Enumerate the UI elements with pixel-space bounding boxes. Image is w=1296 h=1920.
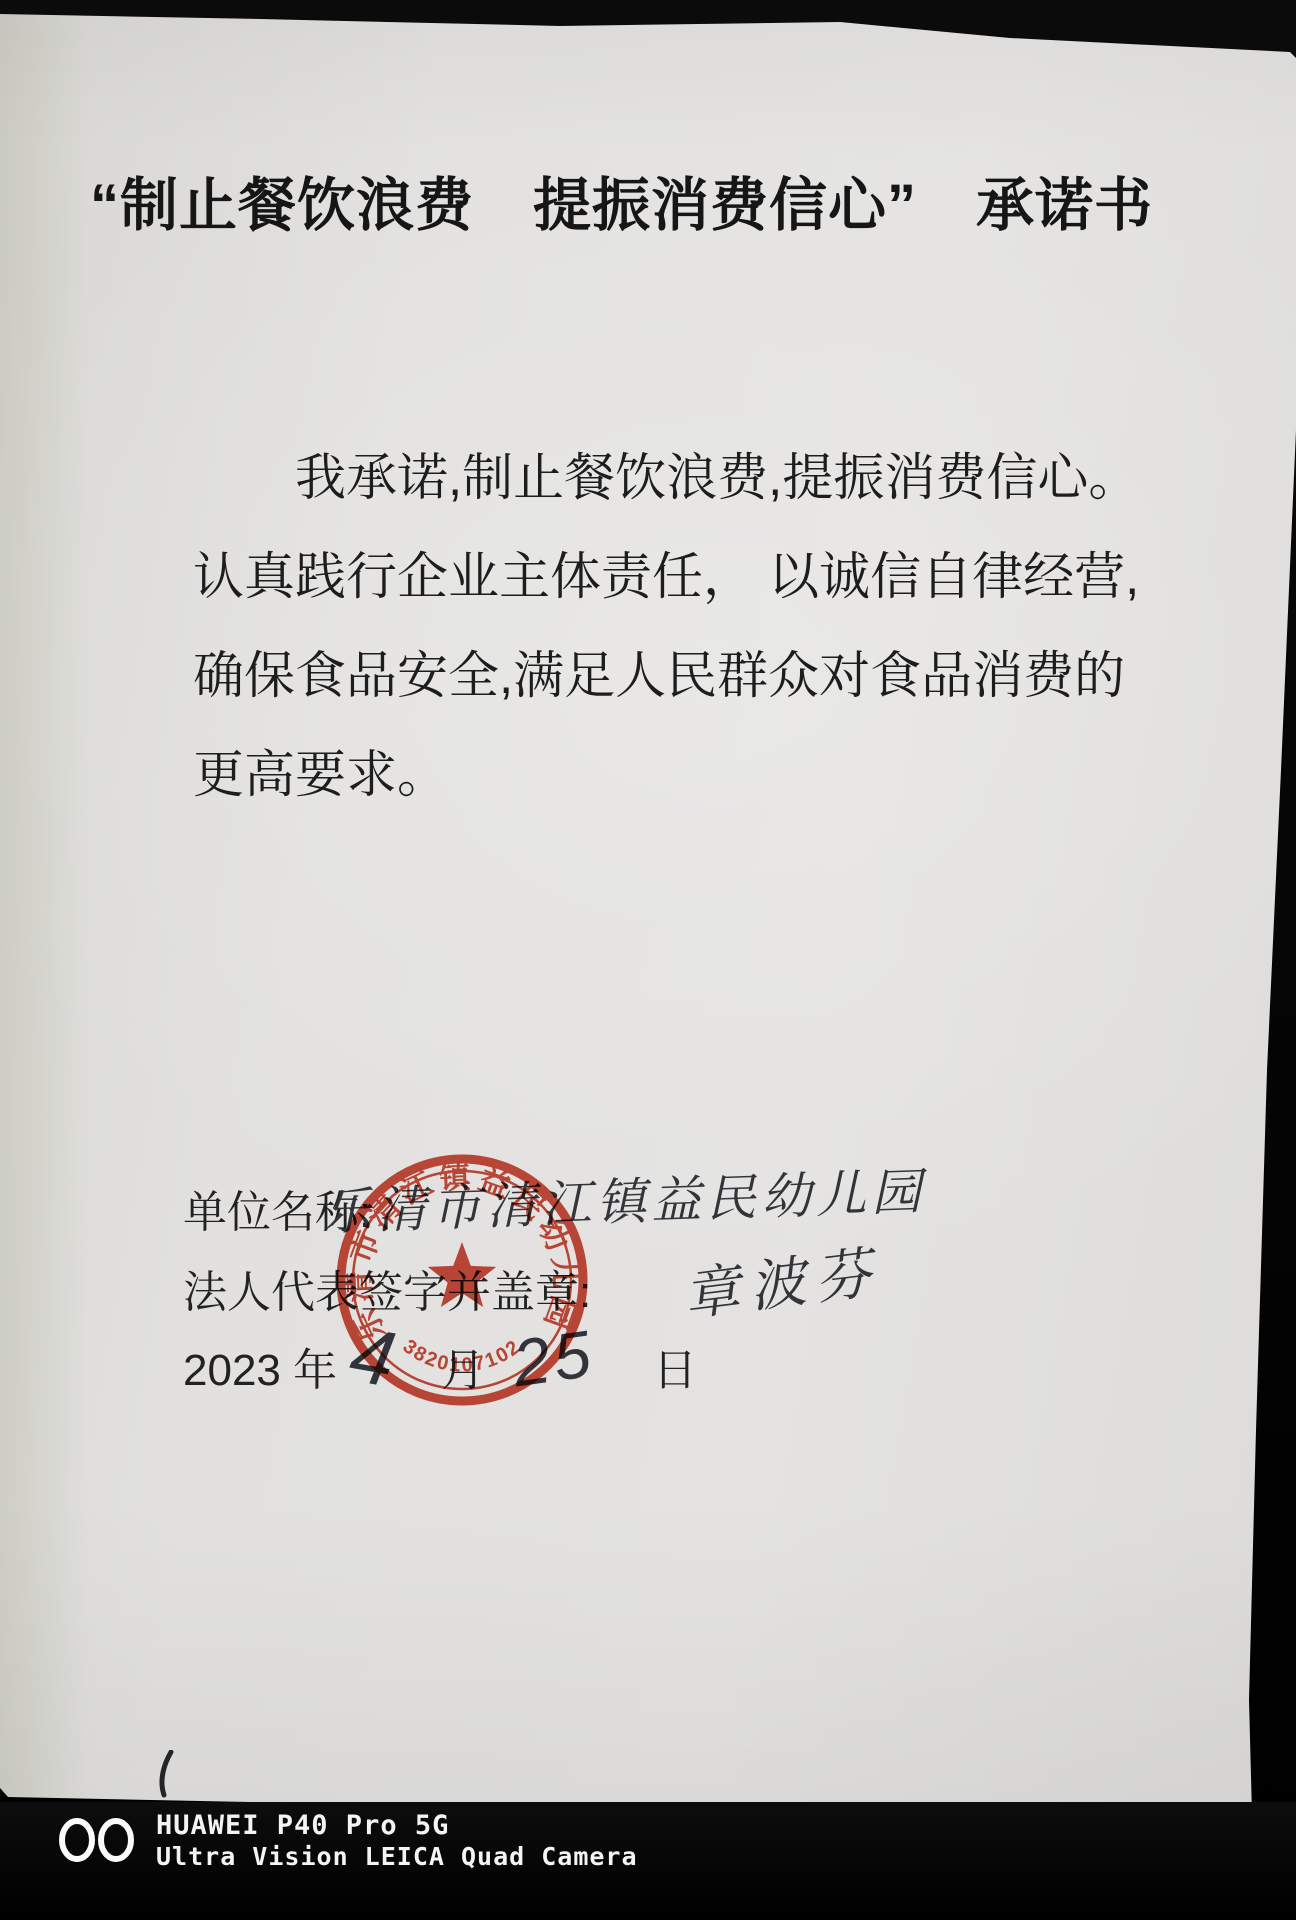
body-line-3: 确保食品安全,满足人民群众对食品消费的 <box>193 626 1173 725</box>
watermark-text-block: HUAWEI P40 Pro 5G Ultra Vision LEICA Qua… <box>156 1810 638 1872</box>
camera-lens-icon <box>58 1816 136 1864</box>
photo-canvas: “制止餐饮浪费 提振消费信心” 承诺书 我承诺,制止餐饮浪费,提振消费信心。 认… <box>0 0 1296 1920</box>
pen-mark <box>155 1750 181 1798</box>
body-line-2: 认真践行企业主体责任， 以诚信自律经营, <box>193 527 1173 626</box>
date-day-label: 日 <box>653 1334 697 1398</box>
watermark-device: HUAWEI P40 Pro 5G <box>156 1810 638 1842</box>
document-body: 我承诺,制止餐饮浪费,提振消费信心。 认真践行企业主体责任， 以诚信自律经营, … <box>193 428 1173 824</box>
paper-sheet: “制止餐饮浪费 提振消费信心” 承诺书 我承诺,制止餐饮浪费,提振消费信心。 认… <box>0 0 1296 1920</box>
body-line-4: 更高要求。 <box>193 725 1173 824</box>
body-line-1: 我承诺,制止餐饮浪费,提振消费信心。 <box>193 428 1173 527</box>
date-year-label: 2023 年 <box>183 1334 337 1398</box>
signature-handwritten: 章波芬 <box>679 1228 885 1332</box>
star-icon <box>428 1242 496 1307</box>
camera-watermark-bar: HUAWEI P40 Pro 5G Ultra Vision LEICA Qua… <box>0 1802 1296 1920</box>
official-seal-stamp: 乐清市清江镇益民幼儿园 3820107102 <box>330 1148 594 1412</box>
document-title: “制止餐饮浪费 提振消费信心” 承诺书 <box>90 158 1130 242</box>
stamp-serial-number: 3820107102 <box>399 1335 526 1376</box>
watermark-camera: Ultra Vision LEICA Quad Camera <box>156 1842 638 1872</box>
svg-text:3820107102: 3820107102 <box>399 1335 526 1376</box>
